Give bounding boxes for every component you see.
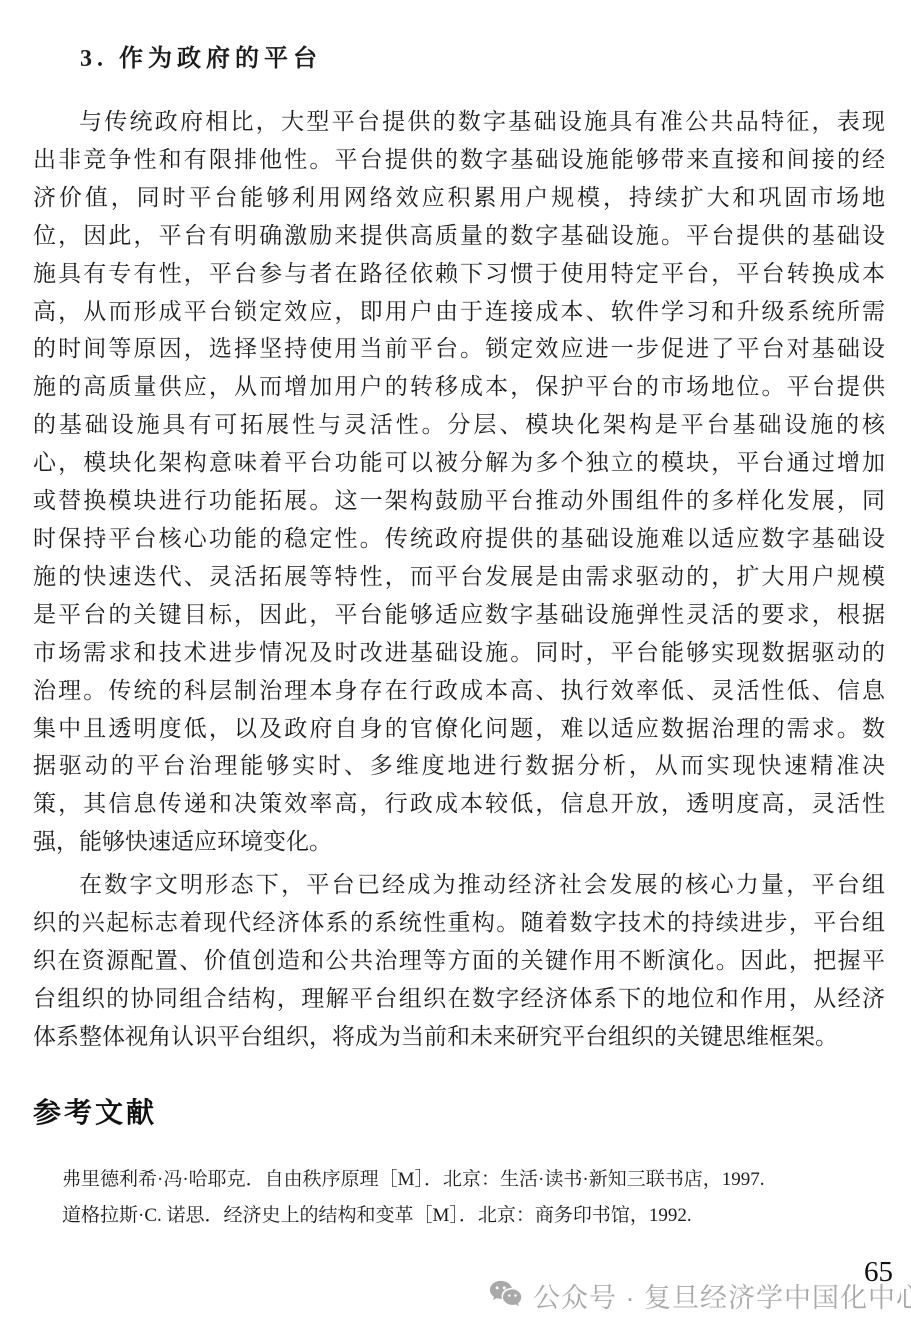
text-line: 织的兴起标志着现代经济体系的系统性重构。随着数字技术的持续进步，平台组 bbox=[33, 904, 885, 942]
text-line: 位，因此，平台有明确激励来提供高质量的数字基础设施。平台提供的基础设 bbox=[33, 217, 885, 255]
text-line: 的时间等原因，选择坚持使用当前平台。锁定效应进一步促进了平台对基础设 bbox=[33, 330, 885, 368]
text-line: 时保持平台核心功能的稳定性。传统政府提供的基础设施难以适应数字基础设 bbox=[33, 520, 885, 558]
text-line: 织在资源配置、价值创造和公共治理等方面的关键作用不断演化。因此，把握平 bbox=[33, 942, 885, 980]
text-line: 或替换模块进行功能拓展。这一架构鼓励平台推动外围组件的多样化发展，同 bbox=[33, 482, 885, 520]
section-heading: 3. 作为政府的平台 bbox=[80, 38, 322, 73]
text-line: 高，从而形成平台锁定效应，即用户由于连接成本、软件学习和升级系统所需 bbox=[33, 293, 885, 331]
text-line: 集中且透明度低，以及政府自身的官僚化问题，难以适应数据治理的需求。数 bbox=[33, 710, 885, 748]
document-page: 3. 作为政府的平台 与传统政府相比，大型平台提供的数字基础设施具有准公共品特征… bbox=[0, 0, 911, 1333]
text-line: 施的快速迭代、灵活拓展等特性，而平台发展是由需求驱动的，扩大用户规模 bbox=[33, 558, 885, 596]
text-line: 市场需求和技术进步情况及时改进基础设施。同时，平台能够实现数据驱动的 bbox=[33, 634, 885, 672]
text-line: 是平台的关键目标，因此，平台能够适应数字基础设施弹性灵活的要求，根据 bbox=[33, 596, 885, 634]
text-line: 治理。传统的科层制治理本身存在行政成本高、执行效率低、灵活性低、信息 bbox=[33, 672, 885, 710]
text-line: 济价值，同时平台能够利用网络效应积累用户规模，持续扩大和巩固市场地 bbox=[33, 179, 885, 217]
text-line: 弗里德利希·冯·哈耶克．自由秩序原理［M］．北京：生活·读书·新知三联书店，19… bbox=[62, 1162, 862, 1198]
text-line: 强，能够快速适应环境变化。 bbox=[33, 823, 885, 861]
body-paragraph-1: 与传统政府相比，大型平台提供的数字基础设施具有准公共品特征，表现出非竞争性和有限… bbox=[33, 103, 885, 861]
text-line: 策，其信息传递和决策效率高，行政成本较低，信息开放，透明度高，灵活性 bbox=[33, 785, 885, 823]
text-line: 在数字文明形态下，平台已经成为推动经济社会发展的核心力量，平台组 bbox=[33, 866, 885, 904]
text-line: 施具有专有性，平台参与者在路径依赖下习惯于使用特定平台，平台转换成本 bbox=[33, 255, 885, 293]
footer-watermark: 公众号 · 复旦经济学中国化中心 bbox=[489, 1276, 911, 1315]
text-line: 体系整体视角认识平台组织，将成为当前和未来研究平台组织的关键思维框架。 bbox=[33, 1018, 885, 1056]
text-line: 台组织的协同组合结构，理解平台组织在数字经济体系下的地位和作用，从经济 bbox=[33, 980, 885, 1018]
text-line: 据驱动的平台治理能够实时、多维度地进行数据分析，从而实现快速精准决 bbox=[33, 747, 885, 785]
references-list: 弗里德利希·冯·哈耶克．自由秩序原理［M］．北京：生活·读书·新知三联书店，19… bbox=[62, 1162, 862, 1233]
body-paragraph-2: 在数字文明形态下，平台已经成为推动经济社会发展的核心力量，平台组织的兴起标志着现… bbox=[33, 866, 885, 1056]
page-number: 65 bbox=[864, 1256, 893, 1289]
footer-watermark-label: 公众号 · 复旦经济学中国化中心 bbox=[533, 1276, 911, 1315]
text-line: 的基础设施具有可拓展性与灵活性。分层、模块化架构是平台基础设施的核 bbox=[33, 406, 885, 444]
text-line: 施的高质量供应，从而增加用户的转移成本，保护平台的市场地位。平台提供 bbox=[33, 368, 885, 406]
references-heading: 参考文献 bbox=[33, 1091, 157, 1131]
text-line: 出非竞争性和有限排他性。平台提供的数字基础设施能够带来直接和间接的经 bbox=[33, 141, 885, 179]
text-line: 道格拉斯·C. 诺思．经济史上的结构和变革［M］．北京：商务印书馆，1992. bbox=[62, 1198, 862, 1234]
text-line: 与传统政府相比，大型平台提供的数字基础设施具有准公共品特征，表现 bbox=[33, 103, 885, 141]
text-line: 心，模块化架构意味着平台功能可以被分解为多个独立的模块，平台通过增加 bbox=[33, 444, 885, 482]
wechat-icon bbox=[489, 1279, 523, 1313]
